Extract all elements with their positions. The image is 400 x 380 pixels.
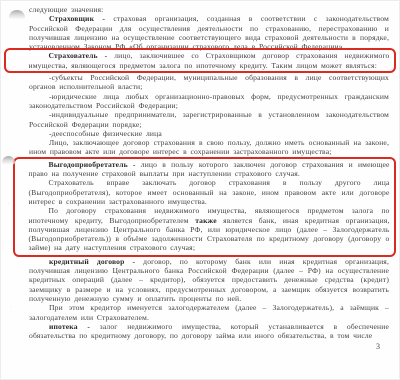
list-item-legal-entities: -юридические лица любых организационно-п… [29, 92, 389, 111]
paragraph-creditor-naming: При этом кредитор именуется залогодержат… [29, 303, 389, 322]
list-item-individuals: -дееспособные физические лица [29, 129, 389, 138]
paragraph-credit-agreement-definition: кредитный договор - договор, по которому… [29, 257, 389, 303]
red-highlight-box-policyholder: Страхователь - лицо, заключившее со Стра… [4, 48, 396, 73]
scan-speck: · [10, 305, 12, 310]
red-highlight-box-beneficiary: Выгодоприобретатель - лицо в пользу кото… [13, 157, 396, 257]
punch-hole-top [9, 10, 25, 20]
paragraph-policyholder-definition: Страхователь - лицо, заключившее со Стра… [29, 51, 390, 70]
punch-hole-middle [2, 156, 15, 165]
scan-speck: · [8, 202, 10, 207]
paragraph-own-benefit: Лицо, заключающее договор страхования в … [29, 138, 389, 157]
page-number: 3 [376, 342, 380, 351]
term-credit-agreement: кредитный договор - [49, 257, 135, 266]
paragraph-beneficiary-definition: Выгодоприобретатель - лицо в пользу кото… [29, 160, 390, 179]
term-mortgage: ипотека - [49, 322, 90, 331]
term-insurer: Страховщик - [49, 14, 105, 23]
paragraph-insurer-definition: Страховщик - страховая организация, созд… [29, 14, 389, 51]
beneficiary-bank-bold-word: также [195, 216, 217, 225]
paragraph-beneficiary-bank: По договору страхования недвижимого имущ… [29, 206, 390, 252]
paragraph-mortgage-definition: ипотека - залог недвижимого имущества, к… [29, 322, 389, 341]
term-beneficiary: Выгодоприобретатель - [49, 160, 136, 169]
intro-line: следующие значения: [29, 5, 389, 14]
list-item-subjects: -субъекты Российской Федерации, муниципа… [29, 73, 389, 92]
term-policyholder: Страхователь - [49, 51, 108, 60]
scanned-document-page: · · · следующие значения: Страховщик - с… [0, 0, 400, 380]
list-item-entrepreneurs: -индивидуальные предприниматели, зарегис… [29, 110, 389, 129]
paragraph-beneficiary-right: Страхователь вправе заключать договор ст… [29, 178, 390, 206]
